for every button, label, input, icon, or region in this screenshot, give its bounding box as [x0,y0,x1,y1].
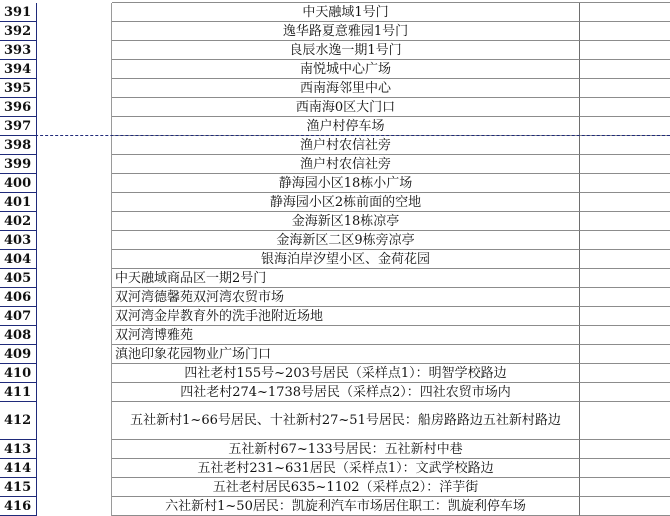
empty-cell[interactable] [580,231,670,250]
table-row: 402金海新区18栋凉亭 [0,212,670,231]
empty-cell[interactable] [37,155,112,174]
table-row: 411四社老村274~1738号居民（采样点2）：四社农贸市场内 [0,383,670,402]
table-row: 415五社老村居民635~1102（采样点2）：洋芋街 [0,478,670,497]
row-number-cell[interactable]: 404 [0,250,37,269]
location-cell[interactable]: 双河湾博雅苑 [112,326,580,345]
empty-cell[interactable] [580,288,670,307]
row-number-cell[interactable]: 402 [0,212,37,231]
empty-cell[interactable] [580,79,670,98]
empty-cell[interactable] [37,231,112,250]
empty-cell[interactable] [37,3,112,22]
row-number-cell[interactable]: 412 [0,402,37,440]
table-row: 409滇池印象花园物业广场门口 [0,345,670,364]
empty-cell[interactable] [580,402,670,440]
row-number-cell[interactable]: 400 [0,174,37,193]
empty-cell[interactable] [580,174,670,193]
table-row: 408双河湾博雅苑 [0,326,670,345]
row-number-cell[interactable]: 415 [0,478,37,497]
empty-cell[interactable] [580,193,670,212]
row-number-cell[interactable]: 414 [0,459,37,478]
empty-cell[interactable] [580,136,670,155]
table-row: 394南悦城中心广场 [0,60,670,79]
table-row: 414五社老村231~631居民（采样点1）：文武学校路边 [0,459,670,478]
empty-cell[interactable] [37,60,112,79]
table-row: 392逸华路夏意雅园1号门 [0,22,670,41]
empty-cell[interactable] [37,250,112,269]
location-cell[interactable]: 西南海0区大门口 [112,98,580,117]
empty-cell[interactable] [580,307,670,326]
location-cell[interactable]: 渔户村农信社旁 [112,136,580,155]
row-number-cell[interactable]: 405 [0,269,37,288]
row-number-cell[interactable]: 398 [0,136,37,155]
location-cell[interactable]: 渔户村停车场 [112,117,580,136]
empty-cell[interactable] [580,383,670,402]
empty-cell[interactable] [580,22,670,41]
empty-cell[interactable] [580,364,670,383]
table-row: 413五社新村67~133号居民：五社新村中巷 [0,440,670,459]
table-row: 406双河湾德馨苑双河湾农贸市场 [0,288,670,307]
location-cell[interactable]: 双河湾德馨苑双河湾农贸市场 [112,288,580,307]
row-number-cell[interactable]: 397 [0,117,37,136]
row-number-cell[interactable]: 399 [0,155,37,174]
location-cell[interactable]: 西南海邻里中心 [112,79,580,98]
empty-cell[interactable] [37,459,112,478]
row-number-cell[interactable]: 408 [0,326,37,345]
empty-cell[interactable] [580,440,670,459]
location-cell[interactable]: 滇池印象花园物业广场门口 [112,345,580,364]
row-number-cell[interactable]: 394 [0,60,37,79]
location-cell[interactable]: 良辰水逸一期1号门 [112,41,580,60]
location-cell[interactable]: 中天融域商品区一期2号门 [112,269,580,288]
empty-cell[interactable] [37,345,112,364]
location-cell[interactable]: 南悦城中心广场 [112,60,580,79]
empty-cell[interactable] [37,193,112,212]
row-number-cell[interactable]: 416 [0,497,37,516]
row-number-cell[interactable]: 401 [0,193,37,212]
table-row: 403金海新区二区9栋旁凉亭 [0,231,670,250]
location-cell[interactable]: 静海园小区2栋前面的空地 [112,193,580,212]
empty-cell[interactable] [37,136,112,155]
location-cell[interactable]: 中天融域1号门 [112,3,580,22]
location-cell[interactable]: 四社老村274~1738号居民（采样点2）：四社农贸市场内 [112,383,580,402]
location-cell[interactable]: 五社新村67~133号居民：五社新村中巷 [112,440,580,459]
empty-cell[interactable] [580,3,670,22]
row-number-cell[interactable]: 393 [0,41,37,60]
row-number-cell[interactable]: 403 [0,231,37,250]
table-row: 391中天融域1号门 [0,3,670,22]
location-cell[interactable]: 静海园小区18栋小广场 [112,174,580,193]
spreadsheet-grid: 391中天融域1号门392逸华路夏意雅园1号门393良辰水逸一期1号门394南悦… [0,0,670,516]
empty-cell[interactable] [580,345,670,364]
location-cell[interactable]: 金海新区二区9栋旁凉亭 [112,231,580,250]
empty-cell[interactable] [37,402,112,440]
empty-cell[interactable] [37,497,112,516]
empty-cell[interactable] [580,155,670,174]
table-row: 393良辰水逸一期1号门 [0,41,670,60]
location-cell[interactable]: 渔户村农信社旁 [112,155,580,174]
empty-cell[interactable] [37,212,112,231]
empty-cell[interactable] [37,98,112,117]
table-row: 397渔户村停车场 [0,117,670,136]
empty-cell[interactable] [580,269,670,288]
table-row: 404银海泊岸汐望小区、金荷花园 [0,250,670,269]
table-row: 416六社新村1~50居民：凯旋利汽车市场居住职工：凯旋利停车场 [0,497,670,516]
table-row: 410四社老村155号~203号居民（采样点1）：明智学校路边 [0,364,670,383]
table-row: 401静海园小区2栋前面的空地 [0,193,670,212]
empty-cell[interactable] [37,383,112,402]
location-cell[interactable]: 四社老村155号~203号居民（采样点1）：明智学校路边 [112,364,580,383]
empty-cell[interactable] [37,364,112,383]
table-row: 399渔户村农信社旁 [0,155,670,174]
location-cell[interactable]: 五社老村231~631居民（采样点1）：文武学校路边 [112,459,580,478]
location-cell[interactable]: 五社新村1~66号居民、十社新村27~51号居民：船房路路边五社新村路边 [112,402,580,440]
empty-cell[interactable] [37,326,112,345]
table-row: 412五社新村1~66号居民、十社新村27~51号居民：船房路路边五社新村路边 [0,402,670,440]
row-number-cell[interactable]: 392 [0,22,37,41]
row-number-cell[interactable]: 413 [0,440,37,459]
empty-cell[interactable] [580,250,670,269]
empty-cell[interactable] [580,117,670,136]
row-number-cell[interactable]: 407 [0,307,37,326]
table-row: 398渔户村农信社旁 [0,136,670,155]
table-row: 405中天融域商品区一期2号门 [0,269,670,288]
empty-cell[interactable] [580,98,670,117]
row-number-cell[interactable]: 410 [0,364,37,383]
empty-cell[interactable] [580,212,670,231]
empty-cell[interactable] [580,60,670,79]
row-number-cell[interactable]: 409 [0,345,37,364]
row-number-cell[interactable]: 406 [0,288,37,307]
location-cell[interactable]: 金海新区18栋凉亭 [112,212,580,231]
empty-cell[interactable] [37,41,112,60]
location-cell[interactable]: 逸华路夏意雅园1号门 [112,22,580,41]
empty-cell[interactable] [37,478,112,497]
location-cell[interactable]: 双河湾金岸教育外的洗手池附近场地 [112,307,580,326]
row-number-cell[interactable]: 391 [0,3,37,22]
empty-cell[interactable] [37,307,112,326]
empty-cell[interactable] [37,440,112,459]
page-break-line [0,135,670,136]
location-cell[interactable]: 银海泊岸汐望小区、金荷花园 [112,250,580,269]
empty-cell[interactable] [37,22,112,41]
empty-cell[interactable] [37,174,112,193]
empty-cell[interactable] [37,79,112,98]
table-row: 395西南海邻里中心 [0,79,670,98]
empty-cell[interactable] [37,288,112,307]
empty-cell[interactable] [580,497,670,516]
empty-cell[interactable] [580,478,670,497]
empty-cell[interactable] [580,326,670,345]
location-cell[interactable]: 五社老村居民635~1102（采样点2）：洋芋街 [112,478,580,497]
row-number-cell[interactable]: 411 [0,383,37,402]
table-row: 396西南海0区大门口 [0,98,670,117]
table-row: 407双河湾金岸教育外的洗手池附近场地 [0,307,670,326]
location-cell[interactable]: 六社新村1~50居民：凯旋利汽车市场居住职工：凯旋利停车场 [112,497,580,516]
row-number-cell[interactable]: 395 [0,79,37,98]
table-row: 400静海园小区18栋小广场 [0,174,670,193]
row-number-cell[interactable]: 396 [0,98,37,117]
empty-cell[interactable] [37,117,112,136]
empty-cell[interactable] [580,459,670,478]
empty-cell[interactable] [37,269,112,288]
empty-cell[interactable] [580,41,670,60]
